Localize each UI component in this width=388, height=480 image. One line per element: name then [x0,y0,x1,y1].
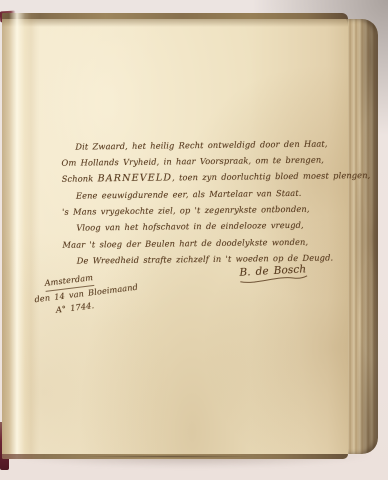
poem: Dit Zwaard, het heilig Recht ontweldigd … [61,135,351,268]
manuscript-page: Dit Zwaard, het heilig Recht ontweldigd … [2,13,348,459]
gutter-shadow [2,13,40,459]
poem-line-suffix: , toen zyn doorluchtig bloed moest pleng… [172,170,370,182]
dateline-block: Amsterdam den 14 van Bloeimaand A° 1744. [32,264,156,319]
poem-line-prefix: Schonk [62,174,98,184]
signature-block: B. de Bosch [228,263,319,287]
barneveld-name: BARNEVELD [98,173,173,185]
page-bottom-edge [2,454,348,459]
book-photo: Dit Zwaard, het heilig Recht ontweldigd … [0,0,388,480]
page-top-edge-fade [2,19,348,27]
